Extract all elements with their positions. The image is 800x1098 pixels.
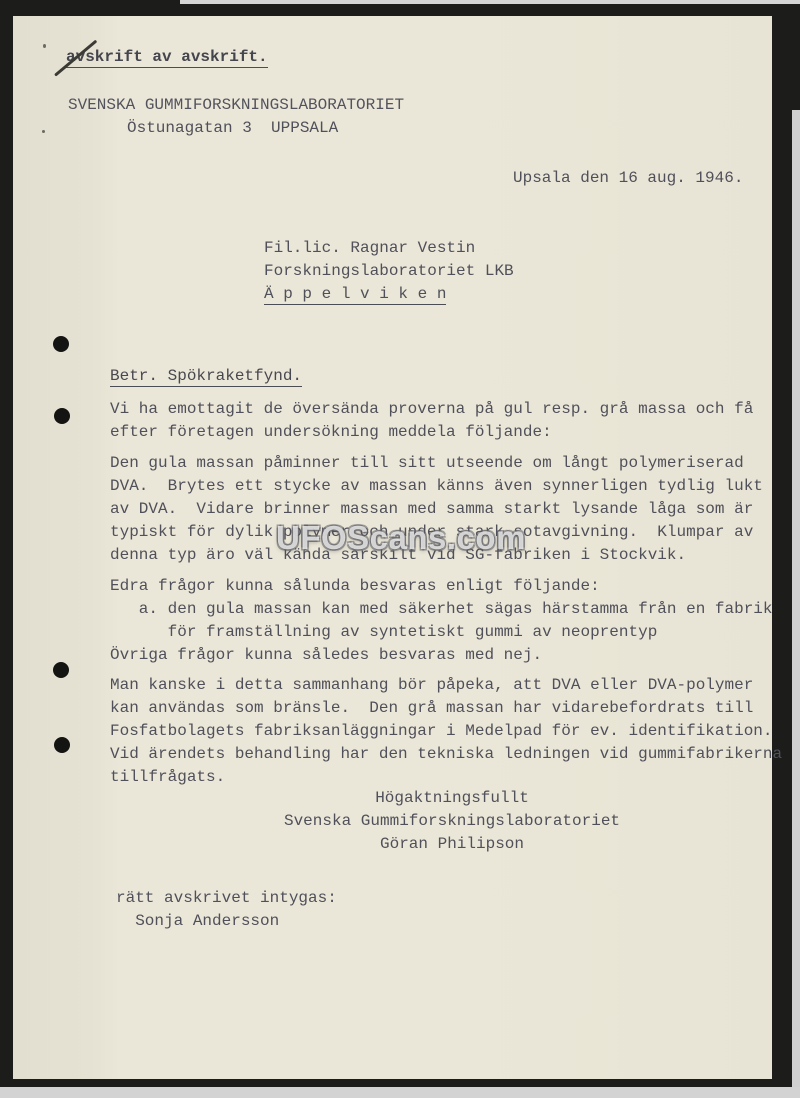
letter-line: Man kanske i detta sammanhang bör påpeka… (110, 674, 800, 697)
ink-speck (43, 44, 46, 48)
closing-salutation: Högaktningsfullt (105, 787, 799, 810)
letter-line: Fosfatbolagets fabriksanläggningar i Med… (110, 720, 800, 743)
letter-line: a. den gula massan kan med säkerhet säga… (110, 598, 800, 621)
attestation-signature: Sonja Andersson (116, 910, 337, 933)
attestation-line: rätt avskrivet intygas: (116, 887, 337, 910)
letter-line: Edra frågor kunna sålunda besvaras enlig… (110, 575, 800, 598)
scanned-letter-page: avskrift av avskrift. SVENSKA GUMMIFORSK… (0, 0, 800, 1098)
closing-organization: Svenska Gummiforskningslaboratoriet (105, 810, 799, 833)
recipient-organization: Forskningslaboratoriet LKB (264, 260, 514, 283)
letter-body: Betr. Spökraketfynd. Vi ha emottagit de … (110, 365, 800, 797)
letter-line: tillfrågats. (110, 766, 800, 789)
letterhead-organization: SVENSKA GUMMIFORSKNINGSLABORATORIET (68, 94, 404, 117)
letter-line: för framställning av syntetiskt gummi av… (110, 621, 800, 644)
copy-note-text: avskrift av avskrift. (66, 48, 268, 68)
recipient-name: Fil.lic. Ragnar Vestin (264, 237, 514, 260)
letter-line: Den gula massan påminner till sitt utsee… (110, 452, 800, 475)
punch-hole (54, 737, 70, 753)
dateline: Upsala den 16 aug. 1946. (513, 167, 743, 190)
letter-line: Övriga frågor kunna således besvaras med… (110, 644, 800, 667)
letter-line: Vi ha emottagit de översända proverna på… (110, 398, 800, 421)
paragraph: Man kanske i detta sammanhang bör påpeka… (110, 674, 800, 789)
copy-note: avskrift av avskrift. (66, 46, 268, 69)
ink-speck (42, 130, 45, 133)
letter-line: efter företagen undersökning meddela föl… (110, 421, 800, 444)
recipient-city: Ä p p e l v i k e n (264, 283, 514, 306)
watermark-text: UFOScans.com (276, 519, 526, 557)
scanner-edge-top (180, 0, 800, 4)
closing-block: Högaktningsfullt Svenska Gummiforsknings… (105, 787, 799, 856)
paragraph: Edra frågor kunna sålunda besvaras enlig… (110, 575, 800, 667)
letterhead-address: Östunagatan 3 UPPSALA (127, 117, 338, 140)
punch-hole (53, 336, 69, 352)
letter-line: DVA. Brytes ett stycke av massan känns ä… (110, 475, 800, 498)
letter-line: kan användas som bränsle. Den grå massan… (110, 697, 800, 720)
recipient-block: Fil.lic. Ragnar Vestin Forskningslaborat… (264, 237, 514, 306)
paragraph: Vi ha emottagit de översända proverna på… (110, 398, 800, 444)
letter-line: Vid ärendets behandling har den tekniska… (110, 743, 800, 766)
attestation-block: rätt avskrivet intygas: Sonja Andersson (116, 887, 337, 933)
punch-hole (54, 408, 70, 424)
scanner-edge-bottom (0, 1087, 800, 1098)
closing-signature-name: Göran Philipson (105, 833, 799, 856)
letter-line: av DVA. Vidare brinner massan med samma … (110, 498, 800, 521)
punch-hole (53, 662, 69, 678)
subject-line: Betr. Spökraketfynd. (110, 365, 800, 388)
